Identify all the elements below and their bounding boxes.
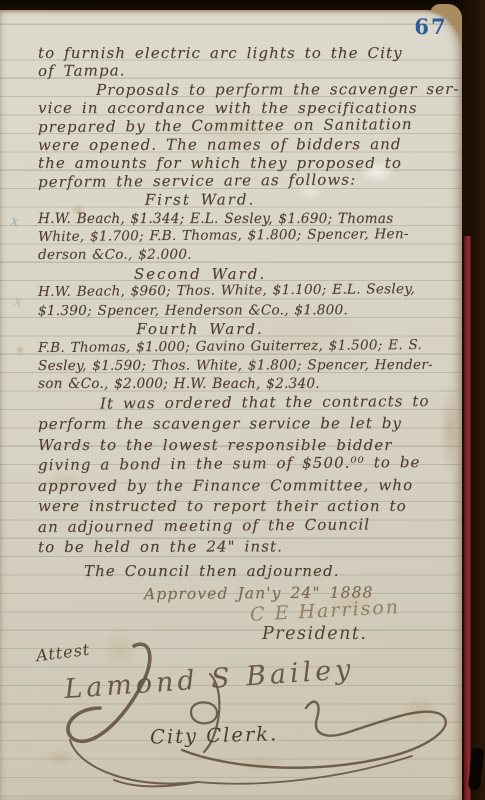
manuscript-line: H.W. Beach, $960; Thos. White, $1.100; E… <box>38 280 454 302</box>
manuscript-line: The Council then adjourned. <box>38 561 454 582</box>
manuscript-body: to furnish electric arc lights to the Ci… <box>38 44 454 606</box>
manuscript-line: It was ordered that the contracts to <box>38 390 454 414</box>
manuscript-line: giving a bond in the sum of $500.⁰⁰ to b… <box>38 452 454 476</box>
ward-heading: First Ward. <box>38 190 454 209</box>
manuscript-line: $1.390; Spencer, Henderson &Co., $1.800. <box>38 301 454 320</box>
photographed-ledger-page: 67 x x to furnish electric arc lights to… <box>0 0 485 800</box>
manuscript-line: were opened. The names of bidders and <box>38 135 454 154</box>
flourish-underline <box>198 756 412 784</box>
manuscript-line: perform the service are as follows: <box>38 170 454 192</box>
page-number: 67 <box>410 14 452 40</box>
manuscript-line: an adjourned meeting of the Council <box>38 513 454 537</box>
manuscript-line: of Tampa. <box>38 59 454 81</box>
ledger-page: 67 x x to furnish electric arc lights to… <box>0 10 462 800</box>
manuscript-line: approved by the Finance Committee, who <box>38 475 454 497</box>
manuscript-line: perform the scavenger service be let by <box>38 413 454 435</box>
manuscript-line: prepared by the Committee on Sanitation <box>38 114 454 136</box>
clerk-signature-flourish <box>14 638 450 790</box>
book-cover-red-edge <box>464 236 471 800</box>
manuscript-line: Sesley, $1.590; Thos. White, $1.800; Spe… <box>38 356 454 375</box>
manuscript-line: White, $1.700; F.B. Thomas, $1.800; Spen… <box>38 225 454 247</box>
manuscript-line: derson &Co., $2.000. <box>38 245 454 264</box>
manuscript-line: to be held on the 24" inst. <box>38 536 454 558</box>
manuscript-line: F.B. Thomas, $1.000; Gavino Guiterrez, $… <box>38 335 454 357</box>
manuscript-line: Proposals to perform the scavenger ser- <box>38 80 454 99</box>
clerk-title: City Clerk. <box>150 722 279 748</box>
